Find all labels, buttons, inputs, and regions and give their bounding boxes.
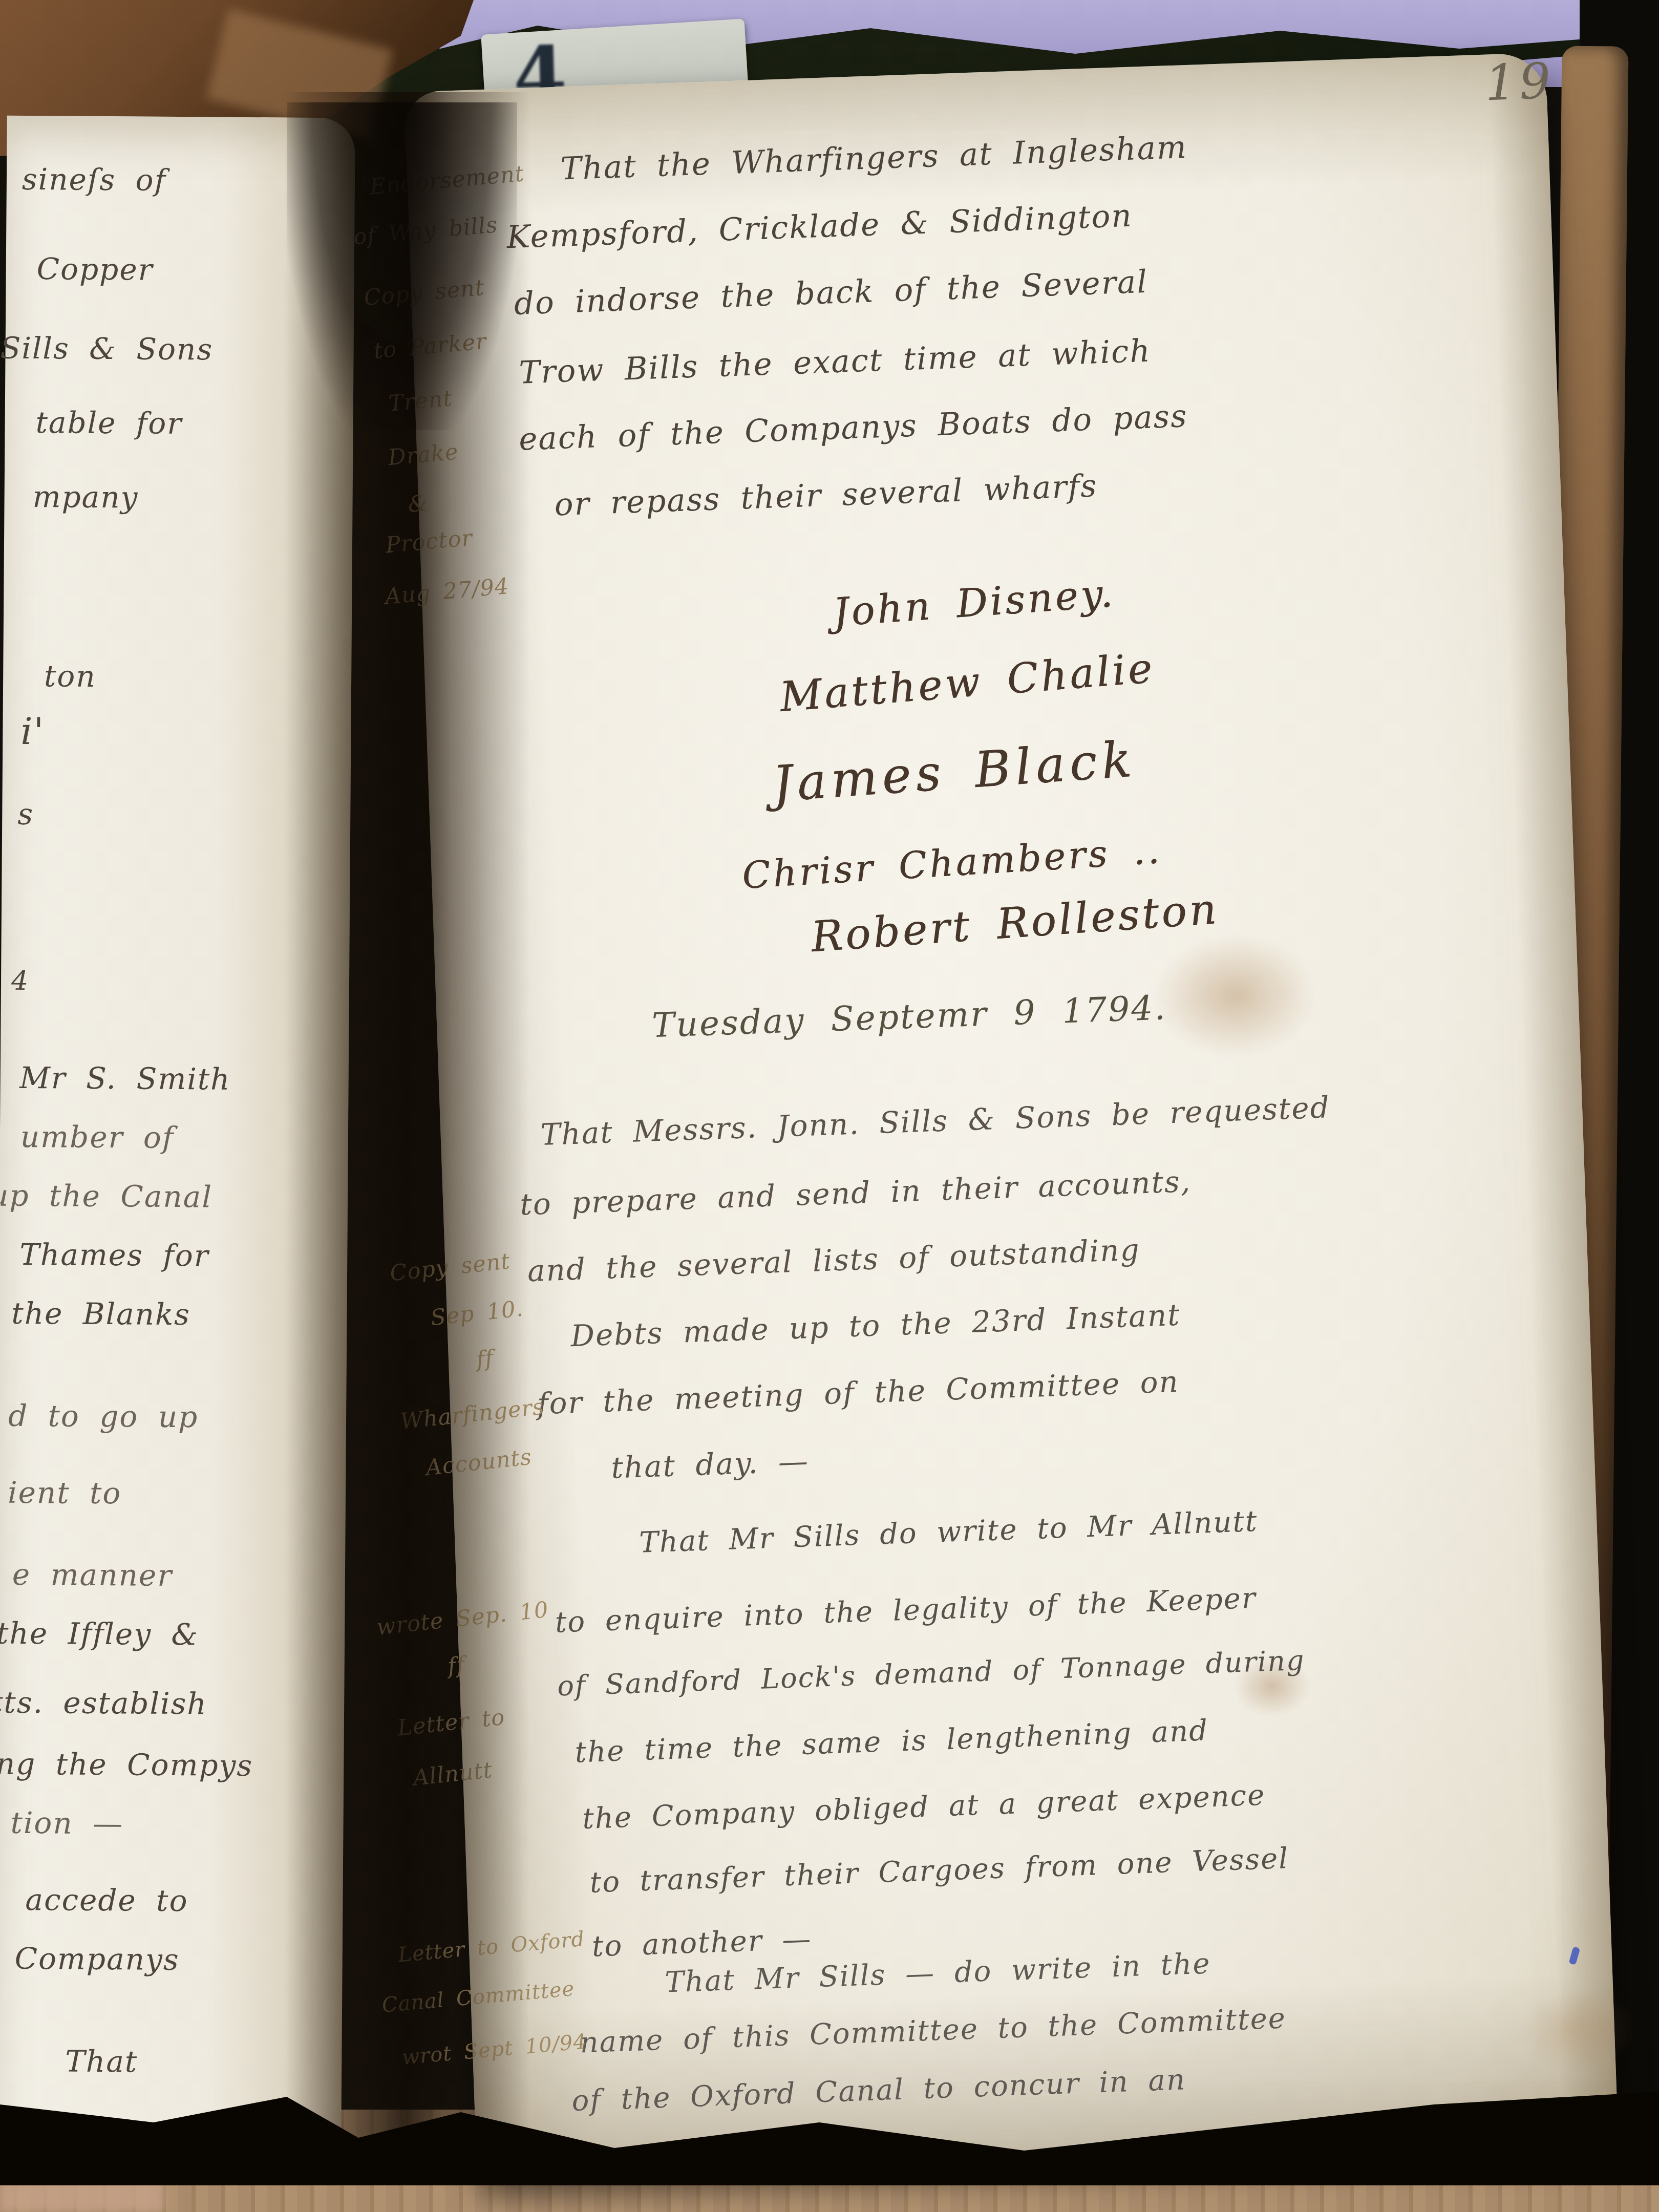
- left-page-fragment: table for: [35, 405, 182, 441]
- left-page-fragment: mpany: [32, 479, 138, 515]
- left-page-fragment: 4: [11, 966, 30, 996]
- margin-note-line: Letter to: [396, 1705, 506, 1741]
- minute-line: name of this Committee to the Committee: [580, 2002, 1287, 2059]
- left-page-fragment: sineſs of: [22, 162, 167, 198]
- signature: Matthew Chalie: [778, 644, 1157, 721]
- left-page-fragment: the Blanks: [11, 1296, 190, 1332]
- minute-line: that day. —: [610, 1443, 810, 1485]
- minute-line: to another —: [591, 1923, 812, 1964]
- margin-note-line: Proctor: [385, 525, 474, 559]
- left-page-fragment: tion —: [10, 1805, 123, 1841]
- left-page-fragment: Thames for: [19, 1237, 209, 1273]
- minute-line: to enquire into the legality of the Keep…: [555, 1582, 1257, 1640]
- minute-line: do indorse the back of the Several: [514, 264, 1148, 322]
- minute-line: That Messrs. Jonn. Sills & Sons be reque…: [540, 1090, 1331, 1152]
- left-page-fragment: accede to: [25, 1882, 188, 1918]
- minute-line: each of the Companys Boats do pass: [518, 398, 1188, 458]
- photograph-of-open-minute-book: 4 31 sineſs of Copper Sills & Sons table…: [0, 0, 1659, 2212]
- left-page-fragment: ing the Compys: [0, 1746, 253, 1783]
- margin-note-line: Wharfingers: [399, 1394, 545, 1435]
- date-heading: Tuesday Septemr 9 1794.: [651, 988, 1167, 1045]
- minute-line: to transfer their Cargoes from one Vesse…: [589, 1842, 1290, 1900]
- minute-line: of Sandford Lock's demand of Tonnage dur…: [557, 1644, 1305, 1703]
- minute-line: the Company obliged at a great expence: [582, 1779, 1266, 1836]
- margin-note-line: wrot Sept 10/94: [401, 2030, 588, 2069]
- minute-line: and the several lists of outstanding: [527, 1232, 1141, 1288]
- margin-note-line: wrote Sep. 10: [375, 1597, 550, 1641]
- margin-note-line: &: [407, 491, 429, 518]
- left-page-fragment: d to go up: [8, 1398, 199, 1435]
- left-page: sineſs of Copper Sills & Sons table for …: [0, 116, 355, 2146]
- page-number: 19: [1484, 52, 1555, 112]
- minute-line: of the Oxford Canal to concur in an: [571, 2063, 1186, 2118]
- margin-note-line: Aug 27/94: [384, 573, 510, 610]
- margin-note-line: Allnutt: [412, 1757, 494, 1791]
- minute-line: for the meeting of the Committee on: [537, 1364, 1180, 1421]
- left-page-fragment: tts. establish: [0, 1685, 207, 1721]
- left-page-fragment: ton: [44, 658, 96, 694]
- minute-line: That Mr Sills do write to Mr Allnutt: [639, 1505, 1259, 1560]
- left-page-fragment: s: [17, 797, 34, 832]
- left-page-fragment: the Iffley &: [0, 1616, 199, 1652]
- margin-note-line: Copy sent: [389, 1248, 512, 1286]
- margin-note-line: Letter to Oxford: [397, 1927, 586, 1967]
- minute-line: Debts made up to the 23rd Instant: [570, 1298, 1181, 1354]
- minute-line: or repass their several wharfs: [554, 467, 1098, 523]
- left-page-fragment: umber of: [20, 1119, 175, 1155]
- blue-ink-mark: [1568, 1946, 1580, 1965]
- left-page-fragment: i': [20, 710, 45, 753]
- left-page-fragment: n Mr S. Smith: [0, 1060, 231, 1096]
- left-page-fragment: Sills & Sons: [0, 331, 213, 367]
- margin-note-line: Sep 10.: [430, 1296, 525, 1331]
- left-page-fragment: up the Canal: [0, 1178, 212, 1214]
- minute-line: to prepare and send in their accounts,: [519, 1164, 1192, 1222]
- margin-note-line: ff: [475, 1345, 495, 1372]
- minute-line: Trow Bills the exact time at which: [519, 333, 1152, 391]
- left-page-fragment: ient to: [8, 1475, 122, 1511]
- signature: Chrisr Chambers ..: [741, 828, 1163, 897]
- margin-note-line: ff: [446, 1652, 466, 1679]
- minute-line: the time the same is lengthening and: [575, 1714, 1209, 1769]
- right-page: 19 Endorsement of Way bills Copy sent to…: [404, 52, 1618, 2180]
- paper-stain: [1151, 931, 1319, 1060]
- signature: John Disney.: [832, 570, 1116, 635]
- margin-note-line: Canal Committee: [381, 1977, 576, 2017]
- left-page-fragment: Companys: [14, 1941, 179, 1977]
- margin-note-line: Drake: [387, 439, 459, 471]
- minute-line: Kempsford, Cricklade & Siddington: [506, 198, 1133, 256]
- left-page-fragment: That: [65, 2044, 138, 2079]
- left-page-fragment: e manner: [12, 1557, 173, 1593]
- signature: Robert Rolleston: [810, 885, 1220, 962]
- margin-note-line: Trent: [388, 386, 454, 417]
- left-page-fragment: Copper: [37, 251, 154, 287]
- minute-line: That the Wharfingers at Inglesham: [560, 129, 1188, 187]
- margin-note-line: Accounts: [424, 1444, 533, 1481]
- signature: James Black: [771, 730, 1138, 813]
